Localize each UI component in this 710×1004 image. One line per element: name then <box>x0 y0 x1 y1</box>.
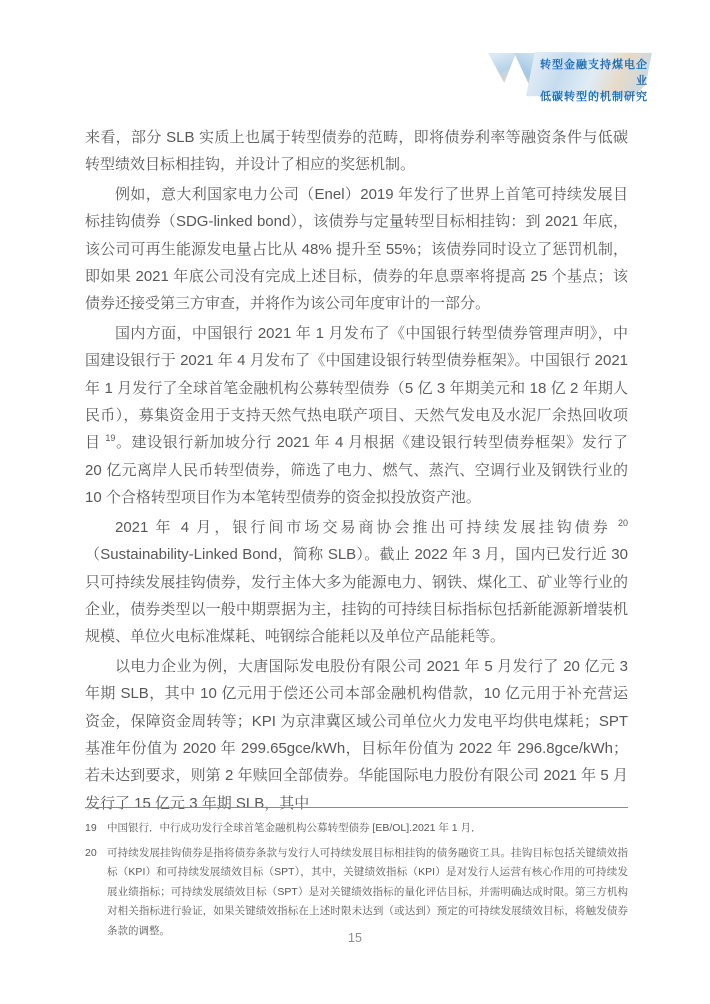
footnote-number: 20 <box>85 844 107 942</box>
paragraph-text: 以电力企业为例，大唐国际发电股份有限公司 2021 年 5 月发行了 20 亿元… <box>85 658 628 812</box>
banner-title: 转型金融支持煤电企业 低碳转型的机制研究 <box>532 57 648 105</box>
paragraph: 国内方面，中国银行 2021 年 1 月发布了《中国银行转型债券管理声明》，中国… <box>85 320 628 512</box>
footnote-item: 20可持续发展挂钩债券是指将债券条款与发行人可持续发展目标相挂钩的债务融资工具。… <box>85 844 628 942</box>
banner-title-line2: 低碳转型的机制研究 <box>532 89 648 105</box>
document-page: 转型金融支持煤电企业 低碳转型的机制研究 来看，部分 SLB 实质上也属于转型债… <box>0 0 710 1004</box>
footnote-list: 19中国银行．中行成功发行全球首笔金融机构公募转型债券 [EB/OL].2021… <box>85 819 628 941</box>
paragraph-text: 2021 年 4 月，银行间市场交易商协会推出可持续发展挂钩债券 <box>115 519 618 536</box>
footnote-divider <box>85 807 628 808</box>
paragraph: 例如，意大利国家电力公司（Enel）2019 年发行了世界上首笔可持续发展目标挂… <box>85 181 628 318</box>
footnote-text: 中国银行．中行成功发行全球首笔金融机构公募转型债券 [EB/OL].2021 年… <box>107 819 628 839</box>
footnote-number: 19 <box>85 819 107 839</box>
footnotes-section: 19中国银行．中行成功发行全球首笔金融机构公募转型债券 [EB/OL].2021… <box>85 807 628 946</box>
paragraph-text: 来看，部分 SLB 实质上也属于转型债券的范畴，即将债券利率等融资条件与低碳转型… <box>85 129 628 173</box>
banner-triangle-left-icon <box>488 53 516 83</box>
footnote-ref: 20 <box>618 518 628 528</box>
header-banner: 转型金融支持煤电企业 低碳转型的机制研究 <box>486 50 652 98</box>
footnote-item: 19中国银行．中行成功发行全球首笔金融机构公募转型债券 [EB/OL].2021… <box>85 819 628 839</box>
paragraph-text: 。建设银行新加坡分行 2021 年 4 月根据《建设银行转型债券框架》发行了 2… <box>85 434 628 506</box>
banner-title-line1: 转型金融支持煤电企业 <box>532 57 648 89</box>
paragraph-text: 例如，意大利国家电力公司（Enel）2019 年发行了世界上首笔可持续发展目标挂… <box>85 186 628 313</box>
footnote-text: 可持续发展挂钩债券是指将债券条款与发行人可持续发展目标相挂钩的债务融资工具。挂钩… <box>107 844 628 942</box>
body-paragraphs: 来看，部分 SLB 实质上也属于转型债券的范畴，即将债券利率等融资条件与低碳转型… <box>85 124 628 819</box>
paragraph: 以电力企业为例，大唐国际发电股份有限公司 2021 年 5 月发行了 20 亿元… <box>85 653 628 817</box>
footnote-ref: 19 <box>105 433 115 443</box>
paragraph: 2021 年 4 月，银行间市场交易商协会推出可持续发展挂钩债券 20（Sust… <box>85 514 628 651</box>
page-number: 15 <box>0 931 710 945</box>
paragraph-text: （Sustainability-Linked Bond，简称 SLB）。截止 2… <box>85 546 628 645</box>
paragraph-text: 国内方面，中国银行 2021 年 1 月发布了《中国银行转型债券管理声明》，中国… <box>85 325 628 452</box>
paragraph: 来看，部分 SLB 实质上也属于转型债券的范畴，即将债券利率等融资条件与低碳转型… <box>85 124 628 179</box>
